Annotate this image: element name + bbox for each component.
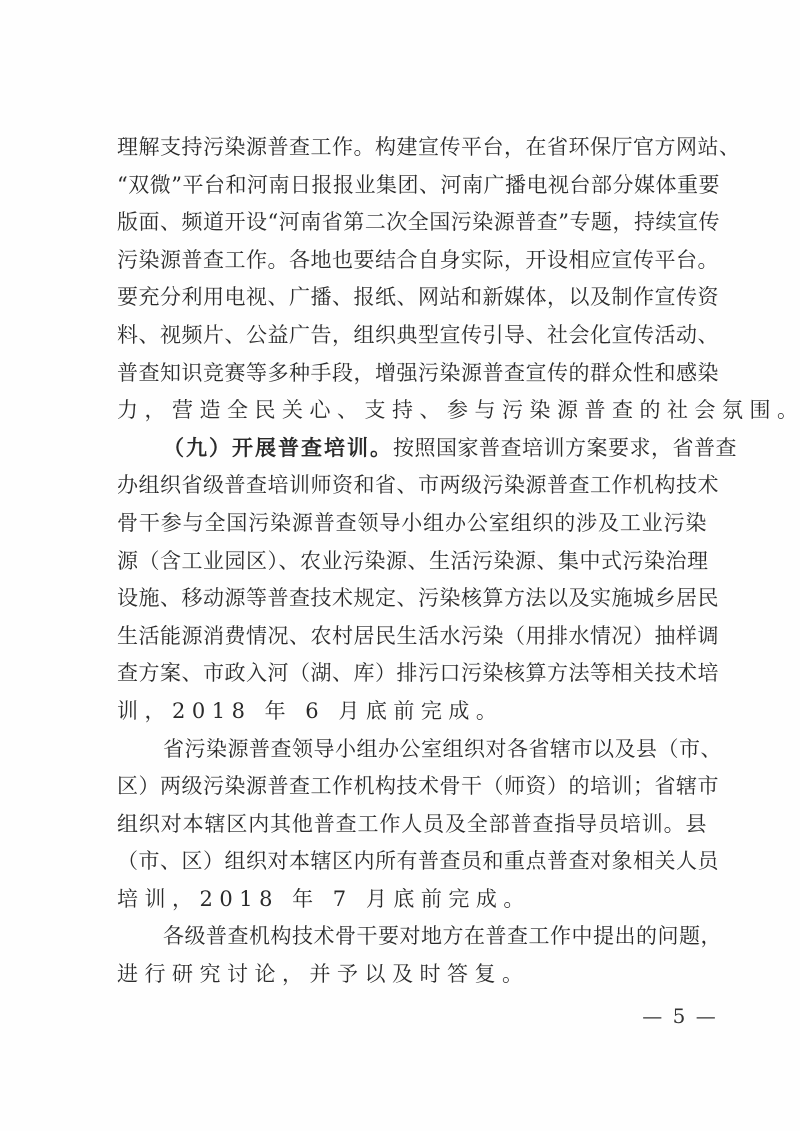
paragraph-3-line-1: 省污染源普查领导小组办公室组织对各省辖市以及县（市、 (117, 731, 707, 769)
paragraph-2-line-2: 办组织省级普查培训师资和省、市两级污染源普查工作机构技术 (117, 467, 707, 505)
paragraph-4-line-2: 进行研究讨论，并予以及时答复。 (117, 956, 707, 994)
paragraph-3-line-3: 组织对本辖区内其他普查工作人员及全部普查指导员培训。县 (117, 806, 707, 844)
body-text: 理解支持污染源普查工作。构建宣传平台，在省环保厅官方网站、 “双微”平台和河南日… (117, 129, 707, 994)
paragraph-1-line-4: 污染源普查工作。各地也要结合自身实际，开设相应宣传平台。 (117, 242, 707, 280)
paragraph-1-line-7: 普查知识竞赛等多种手段，增强污染源普查宣传的群众性和感染 (117, 355, 707, 393)
paragraph-1-line-6: 料、视频片、公益广告，组织典型宣传引导、社会化宣传活动、 (117, 317, 707, 355)
paragraph-1-line-3: 版面、频道开设“河南省第二次全国污染源普查”专题，持续宣传 (117, 204, 707, 242)
document-page: 理解支持污染源普查工作。构建宣传平台，在省环保厅官方网站、 “双微”平台和河南日… (0, 0, 800, 1131)
paragraph-3-line-2: 区）两级污染源普查工作机构技术骨干（师资）的培训；省辖市 (117, 768, 707, 806)
paragraph-1-line-1: 理解支持污染源普查工作。构建宣传平台，在省环保厅官方网站、 (117, 129, 707, 167)
paragraph-3-line-5: 培训，2018 年 7 月底前完成。 (117, 881, 707, 919)
paragraph-2-line-1: （九）开展普查培训。按照国家普查培训方案要求，省普查 (117, 430, 707, 468)
paragraph-1-line-8: 力，营造全民关心、支持、参与污染源普查的社会氛围。 (117, 392, 707, 430)
paragraph-3-line-4: （市、区）组织对本辖区内所有普查员和重点普查对象相关人员 (117, 843, 707, 881)
paragraph-1-line-5: 要充分利用电视、广播、报纸、网站和新媒体，以及制作宣传资 (117, 279, 707, 317)
paragraph-2-line-4: 源（含工业园区）、农业污染源、生活污染源、集中式污染治理 (117, 543, 707, 581)
section-heading: （九）开展普查培训。 (163, 436, 393, 460)
paragraph-2-line-5: 设施、移动源等普查技术规定、污染核算方法以及实施城乡居民 (117, 580, 707, 618)
paragraph-4-line-1: 各级普查机构技术骨干要对地方在普查工作中提出的问题， (117, 918, 707, 956)
paragraph-1-line-2: “双微”平台和河南日报报业集团、河南广播电视台部分媒体重要 (117, 167, 707, 205)
paragraph-2-line-8: 训，2018 年 6 月底前完成。 (117, 693, 707, 731)
page-number: — 5 — (640, 1004, 720, 1028)
paragraph-2-line-6: 生活能源消费情况、农村居民生活水污染（用排水情况）抽样调 (117, 618, 707, 656)
paragraph-2-line-7: 查方案、市政入河（湖、库）排污口污染核算方法等相关技术培 (117, 655, 707, 693)
paragraph-2-line-3: 骨干参与全国污染源普查领导小组办公室组织的涉及工业污染 (117, 505, 707, 543)
paragraph-2-line-1-text: 按照国家普查培训方案要求，省普查 (393, 436, 737, 460)
